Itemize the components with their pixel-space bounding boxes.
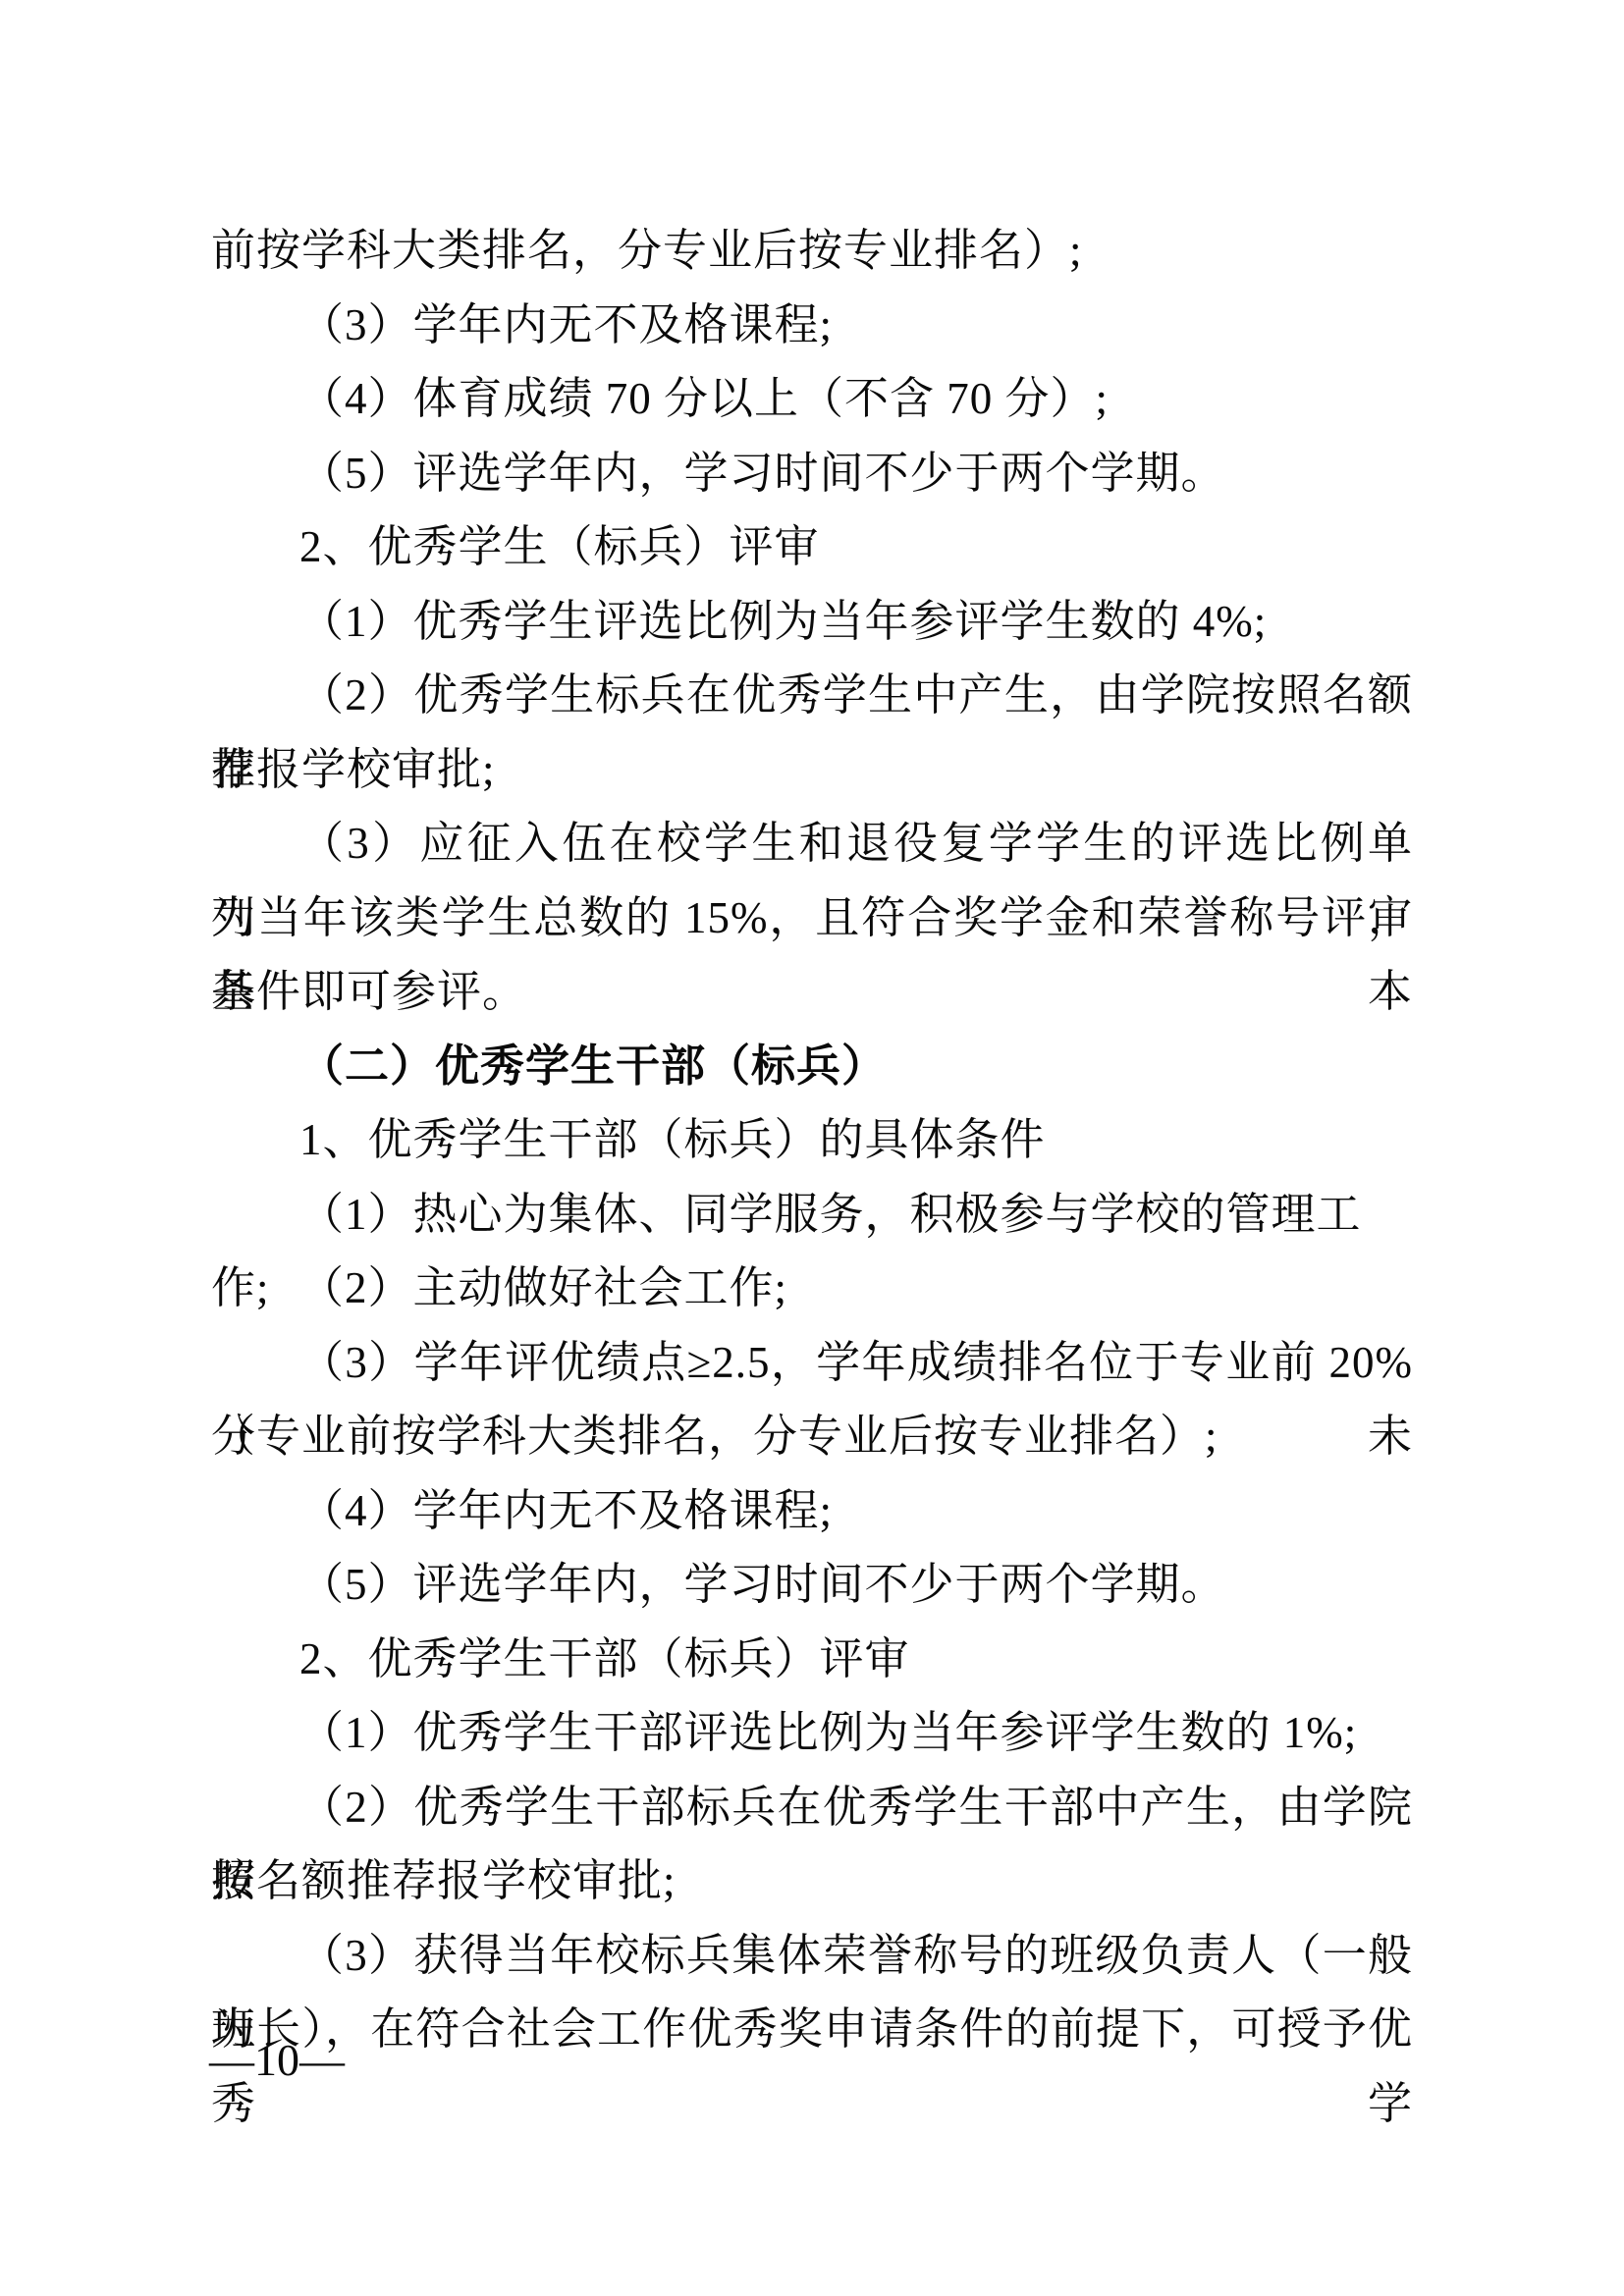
text-line: （5）评选学年内，学习时间不少于两个学期。: [211, 437, 1413, 511]
text-line: （3）获得当年校标兵集体荣誉称号的班级负责人（一般为: [211, 1919, 1413, 1994]
text-line: 1、优秀学生干部（标兵）的具体条件: [211, 1103, 1413, 1178]
text-line: （2）优秀学生标兵在优秀学生中产生，由学院按照名额推: [211, 659, 1413, 733]
text-line: （2）主动做好社会工作;: [211, 1252, 1413, 1326]
document-page: 前按学科大类排名，分专业后按专业排名）;（3）学年内无不及格课程;（4）体育成绩…: [0, 0, 1624, 2296]
text-line: 前按学科大类排名，分专业后按专业排名）;: [211, 214, 1413, 289]
page-number: —10—: [209, 2034, 345, 2086]
text-line: 荐报学校审批;: [211, 733, 1413, 808]
text-line: 2、优秀学生干部（标兵）评审: [211, 1623, 1413, 1697]
text-line: （4）学年内无不及格课程;: [211, 1474, 1413, 1549]
text-line: （3）学年评优绩点≥2.5，学年成绩排名位于专业前 20%（未: [211, 1326, 1413, 1401]
text-line: （3）学年内无不及格课程;: [211, 289, 1413, 363]
text-line: 照名额推荐报学校审批;: [211, 1844, 1413, 1919]
text-line: （2）优秀学生干部标兵在优秀学生干部中产生，由学院按: [211, 1771, 1413, 1845]
text-line: （1）热心为集体、同学服务，积极参与学校的管理工作;: [211, 1178, 1413, 1253]
text-line: （1）优秀学生评选比例为当年参评学生数的 4%;: [211, 585, 1413, 660]
text-line: （二）优秀学生干部（标兵）: [211, 1030, 1413, 1104]
document-body: 前按学科大类排名，分专业后按专业排名）;（3）学年内无不及格课程;（4）体育成绩…: [211, 214, 1413, 2067]
text-line: （5）评选学年内，学习时间不少于两个学期。: [211, 1548, 1413, 1623]
text-line: 班长），在符合社会工作优秀奖申请条件的前提下，可授予优秀学: [211, 1993, 1413, 2067]
text-line: （1）优秀学生干部评选比例为当年参评学生数的 1%;: [211, 1696, 1413, 1771]
text-line: 2、优秀学生（标兵）评审: [211, 510, 1413, 585]
text-line: （3）应征入伍在校学生和退役复学学生的评选比例单列，: [211, 807, 1413, 881]
text-line: 为当年该类学生总数的 15%，且符合奖学金和荣誉称号评审基本: [211, 881, 1413, 956]
text-line: （4）体育成绩 70 分以上（不含 70 分）;: [211, 362, 1413, 437]
